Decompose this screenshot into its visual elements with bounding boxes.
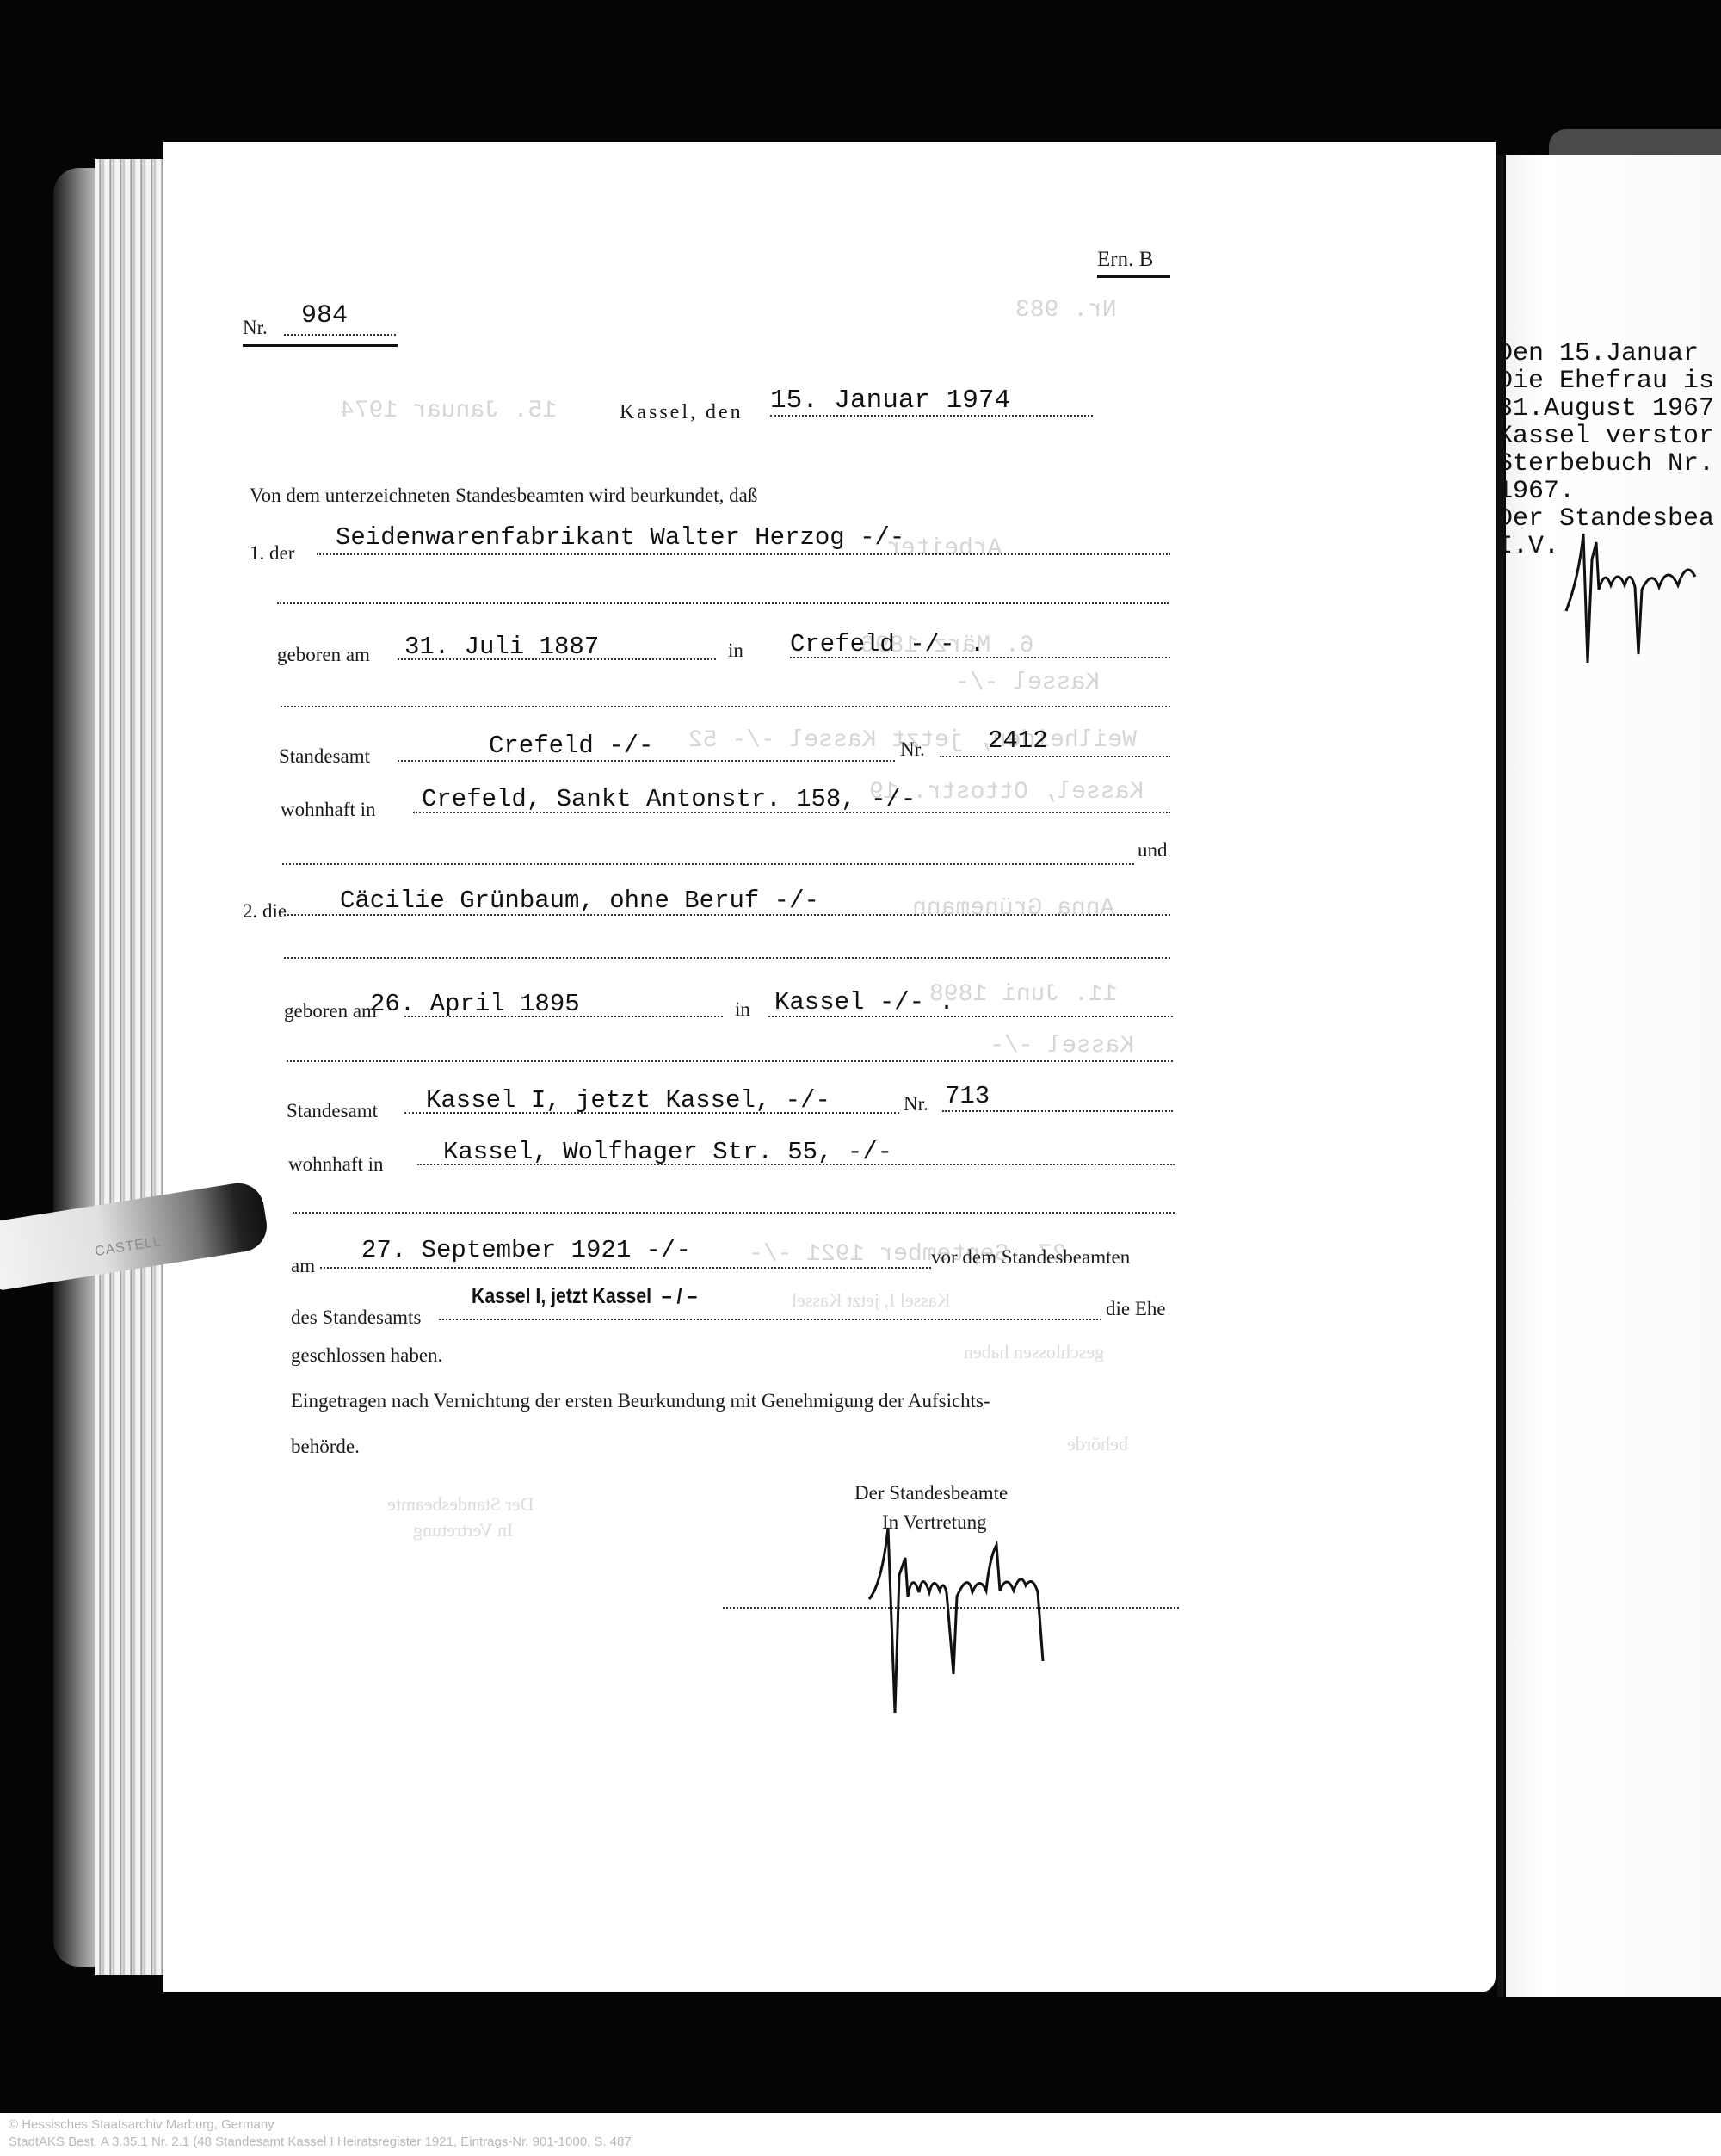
archive-copyright: © Hessisches Staatsarchiv Marburg, Germa… (9, 2117, 274, 2132)
archive-reference: StadtAKS Best. A 3.35.1 Nr. 2.1 (48 Stan… (9, 2134, 632, 2149)
margin-note-line: Sterbebuch Nr. (1497, 450, 1714, 478)
person2-residence-label: wohnhaft in (288, 1153, 384, 1176)
remark-line-2: behörde. (291, 1436, 360, 1458)
person2-born-label: geboren am (284, 1000, 377, 1022)
person2-registry: Kassel I, jetzt Kassel, -/- (426, 1086, 830, 1115)
margin-note-line: 31.August 1967 (1497, 395, 1714, 423)
certificate-date: 15. Januar 1974 (770, 386, 1010, 416)
person1-birth-date: 31. Juli 1887 (404, 633, 599, 661)
person2-registry-nr: 713 (945, 1082, 990, 1110)
intro-text: Von dem unterzeichneten Standesbeamten w… (250, 485, 757, 507)
person2-birth-place: Kassel -/- . (774, 988, 954, 1016)
entry-number: 984 (301, 301, 348, 331)
person1-residence-label: wohnhaft in (281, 799, 376, 821)
closed-label: geschlossen haben. (291, 1344, 442, 1367)
signature-title: Der Standesbeamte (854, 1482, 1008, 1504)
before-registrar-label: vor dem Standesbeamten (931, 1246, 1130, 1269)
margin-note-line: Die Ehefrau is (1497, 368, 1714, 395)
binding-strip (1549, 129, 1721, 155)
person1-residence: Crefeld, Sankt Antonstr. 158, -/- (422, 785, 916, 813)
person1-label: 1. der (250, 542, 294, 565)
person2-birth-date: 26. April 1895 (370, 990, 580, 1018)
office-label: des Standesamts (291, 1307, 421, 1329)
bleed-through-line: In Vertretung (413, 1519, 513, 1541)
person1-birth-place: Crefeld -/- . (790, 630, 984, 658)
person1-born-label: geboren am (277, 644, 370, 666)
bleed-through-line: Anna Grünemann (912, 895, 1114, 922)
marriage-am-label: am (291, 1255, 315, 1277)
bleed-through-line: 11. Juni 1898 (929, 981, 1117, 1008)
marriage-office: Kassel I, jetzt Kassel – / – (472, 1284, 697, 1309)
bleed-through-date: 15. Januar 1974 (340, 398, 557, 424)
form-code: Ern. B (1097, 248, 1153, 272)
person2-residence: Kassel, Wolfhager Str. 55, -/- (443, 1138, 892, 1166)
margin-note-line: Den 15.Januar (1497, 340, 1714, 368)
bleed-through-line: Der Standesbeamte (387, 1493, 534, 1516)
remark-line-1: Eingetragen nach Vernichtung der ersten … (291, 1390, 990, 1412)
person1-registry-label: Standesamt (279, 745, 370, 768)
bleed-through-line: Kassel I, jetzt Kassel (792, 1289, 951, 1312)
person2-registry-nr-label: Nr. (904, 1093, 928, 1115)
person1-registry: Crefeld -/- (489, 732, 653, 760)
margin-note-line: 1967. (1497, 478, 1714, 505)
margin-signature-icon (1549, 525, 1721, 680)
margin-note-line: Kassel verstor (1497, 423, 1714, 450)
person2-name: Cäcilie Grünbaum, ohne Beruf -/- (340, 886, 819, 915)
person1-registry-nr: 2412 (988, 726, 1048, 755)
person2-in-label: in (735, 998, 750, 1021)
bleed-through-nr: Nr. 983 (1015, 297, 1117, 324)
and-label: und (1138, 839, 1168, 862)
bleed-through-line: geschlossen haben (964, 1341, 1104, 1363)
ehe-label: die Ehe (1106, 1298, 1166, 1320)
person2-label: 2. die (243, 900, 287, 923)
bleed-through-line: Kassel -/- (955, 670, 1100, 696)
bleed-through-line: behörde (1067, 1433, 1128, 1455)
place-date-label: Kassel, den (620, 401, 743, 424)
person2-registry-label: Standesamt (287, 1100, 378, 1122)
person1-name: Seidenwarenfabrikant Walter Herzog -/- (336, 523, 904, 552)
person1-in-label: in (728, 639, 743, 662)
bleed-through-line: Kassel -/- (990, 1033, 1134, 1059)
person1-registry-nr-label: Nr. (900, 738, 925, 761)
marriage-date: 27. September 1921 -/- (361, 1236, 691, 1264)
entry-number-label: Nr. (243, 317, 268, 339)
registrar-signature-icon (860, 1523, 1119, 1721)
